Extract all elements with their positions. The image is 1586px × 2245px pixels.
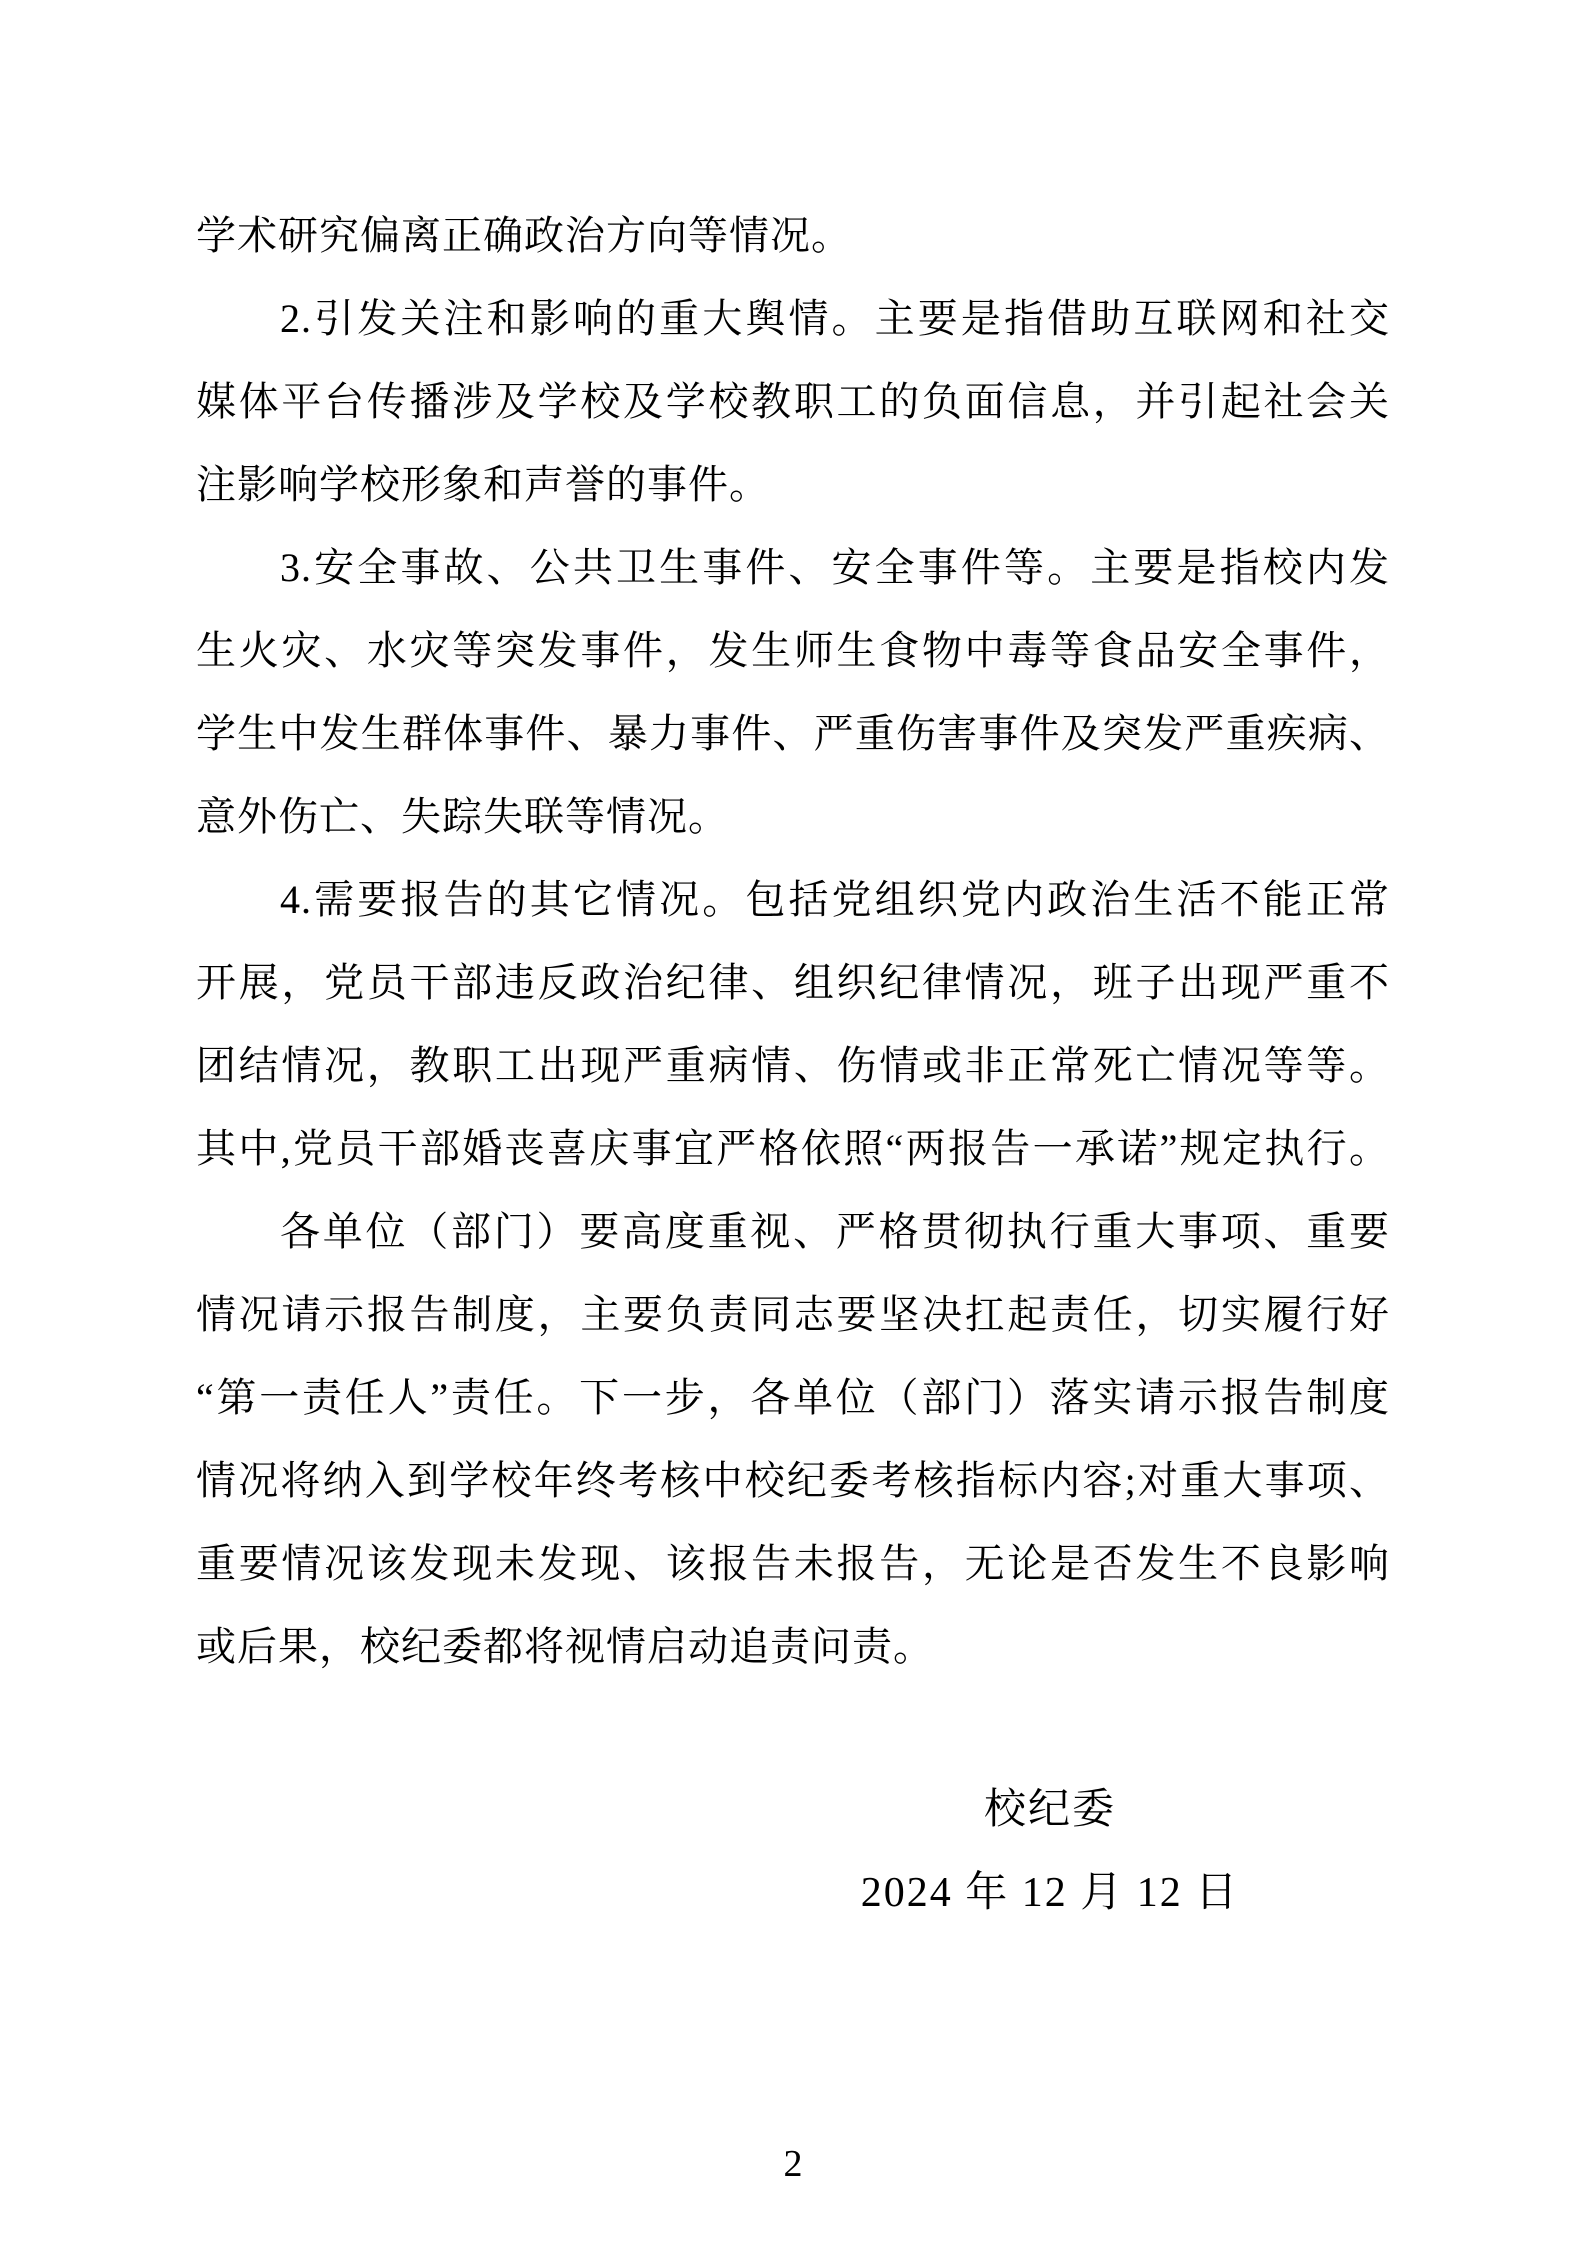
body-line: 情况请示报告制度，主要负责同志要坚决扛起责任，切实履行好: [196, 1273, 1390, 1356]
body-line: 生火灾、水灾等突发事件，发生师生食物中毒等食品安全事件，: [196, 609, 1390, 692]
signature-block: 校纪委 2024 年 12 月 12 日: [861, 1769, 1240, 1935]
body-line: 开展，党员干部违反政治纪律、组织纪律情况，班子出现严重不: [196, 941, 1390, 1024]
body-line: 或后果，校纪委都将视情启动追责问责。: [196, 1605, 1390, 1688]
body-line: 意外伤亡、失踪失联等情况。: [196, 775, 1390, 858]
document-body: 学术研究偏离正确政治方向等情况。 2.引发关注和影响的重大舆情。主要是指借助互联…: [196, 194, 1390, 1688]
body-line: 3.安全事故、公共卫生事件、安全事件等。主要是指校内发: [196, 526, 1390, 609]
signature-name: 校纪委: [861, 1769, 1240, 1852]
signature-date: 2024 年 12 月 12 日: [861, 1852, 1240, 1935]
body-line: “第一责任人”责任。下一步，各单位（部门）落实请示报告制度: [196, 1356, 1390, 1439]
body-line: 媒体平台传播涉及学校及学校教职工的负面信息，并引起社会关: [196, 360, 1390, 443]
body-line: 2.引发关注和影响的重大舆情。主要是指借助互联网和社交: [196, 277, 1390, 360]
body-line: 其中,党员干部婚丧喜庆事宜严格依照“两报告一承诺”规定执行。: [196, 1107, 1390, 1190]
body-line: 学术研究偏离正确政治方向等情况。: [196, 194, 1390, 277]
body-line: 重要情况该发现未发现、该报告未报告，无论是否发生不良影响: [196, 1522, 1390, 1605]
body-line: 注影响学校形象和声誉的事件。: [196, 443, 1390, 526]
body-line: 4.需要报告的其它情况。包括党组织党内政治生活不能正常: [196, 858, 1390, 941]
body-line: 情况将纳入到学校年终考核中校纪委考核指标内容;对重大事项、: [196, 1439, 1390, 1522]
body-line: 学生中发生群体事件、暴力事件、严重伤害事件及突发严重疾病、: [196, 692, 1390, 775]
body-line: 团结情况，教职工出现严重病情、伤情或非正常死亡情况等等。: [196, 1024, 1390, 1107]
document-page: 学术研究偏离正确政治方向等情况。 2.引发关注和影响的重大舆情。主要是指借助互联…: [0, 0, 1586, 2245]
page-number: 2: [0, 2140, 1586, 2188]
body-line: 各单位（部门）要高度重视、严格贯彻执行重大事项、重要: [196, 1190, 1390, 1273]
